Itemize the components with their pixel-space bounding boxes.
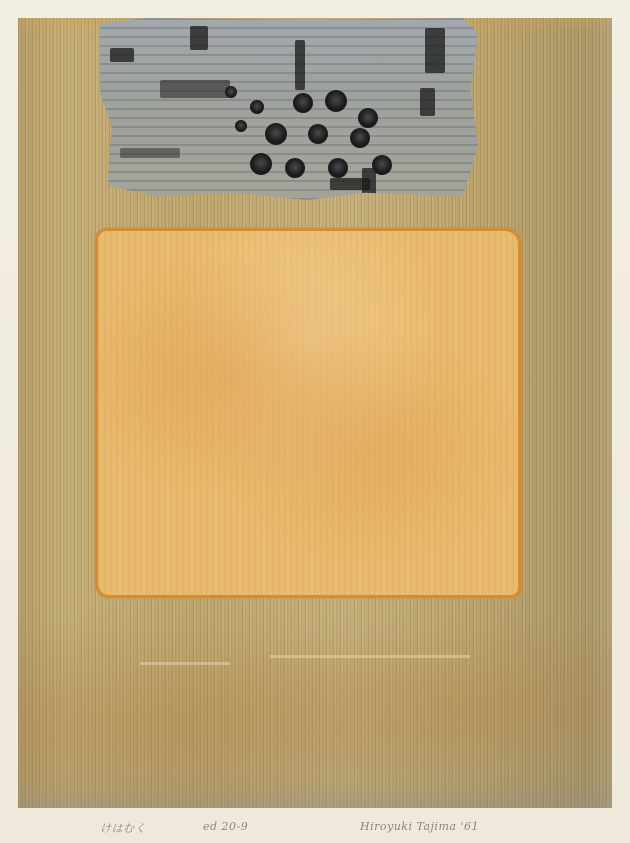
ink-dot xyxy=(265,123,287,145)
ink-dot xyxy=(328,158,348,178)
ink-dot xyxy=(285,158,305,178)
ink-mark xyxy=(420,88,435,116)
ink-dot xyxy=(372,155,392,175)
ink-dot xyxy=(235,120,247,132)
ink-mark xyxy=(110,48,134,62)
ink-mark xyxy=(425,28,445,73)
signature-inscription: Hiroyuki Tajima '61 xyxy=(360,820,479,833)
orange-parchment-block xyxy=(95,228,521,598)
ink-mark xyxy=(160,80,230,98)
faint-bar-mark xyxy=(140,662,230,665)
ink-mark xyxy=(190,26,208,50)
ink-mark xyxy=(120,148,180,158)
ink-dot xyxy=(250,153,272,175)
ink-dot xyxy=(250,100,264,114)
ink-dot xyxy=(225,86,237,98)
gray-textured-block xyxy=(100,18,478,200)
ink-dot xyxy=(293,93,313,113)
field-lower-shading xyxy=(18,600,612,808)
ink-dot xyxy=(308,124,328,144)
ink-dot xyxy=(350,128,370,148)
edition-inscription: ed 20-9 xyxy=(203,820,248,833)
ink-mark xyxy=(295,40,305,90)
ink-dot xyxy=(358,108,378,128)
faint-bar-mark xyxy=(270,655,470,658)
title-inscription: けはむく xyxy=(100,820,146,836)
ink-dot xyxy=(325,90,347,112)
